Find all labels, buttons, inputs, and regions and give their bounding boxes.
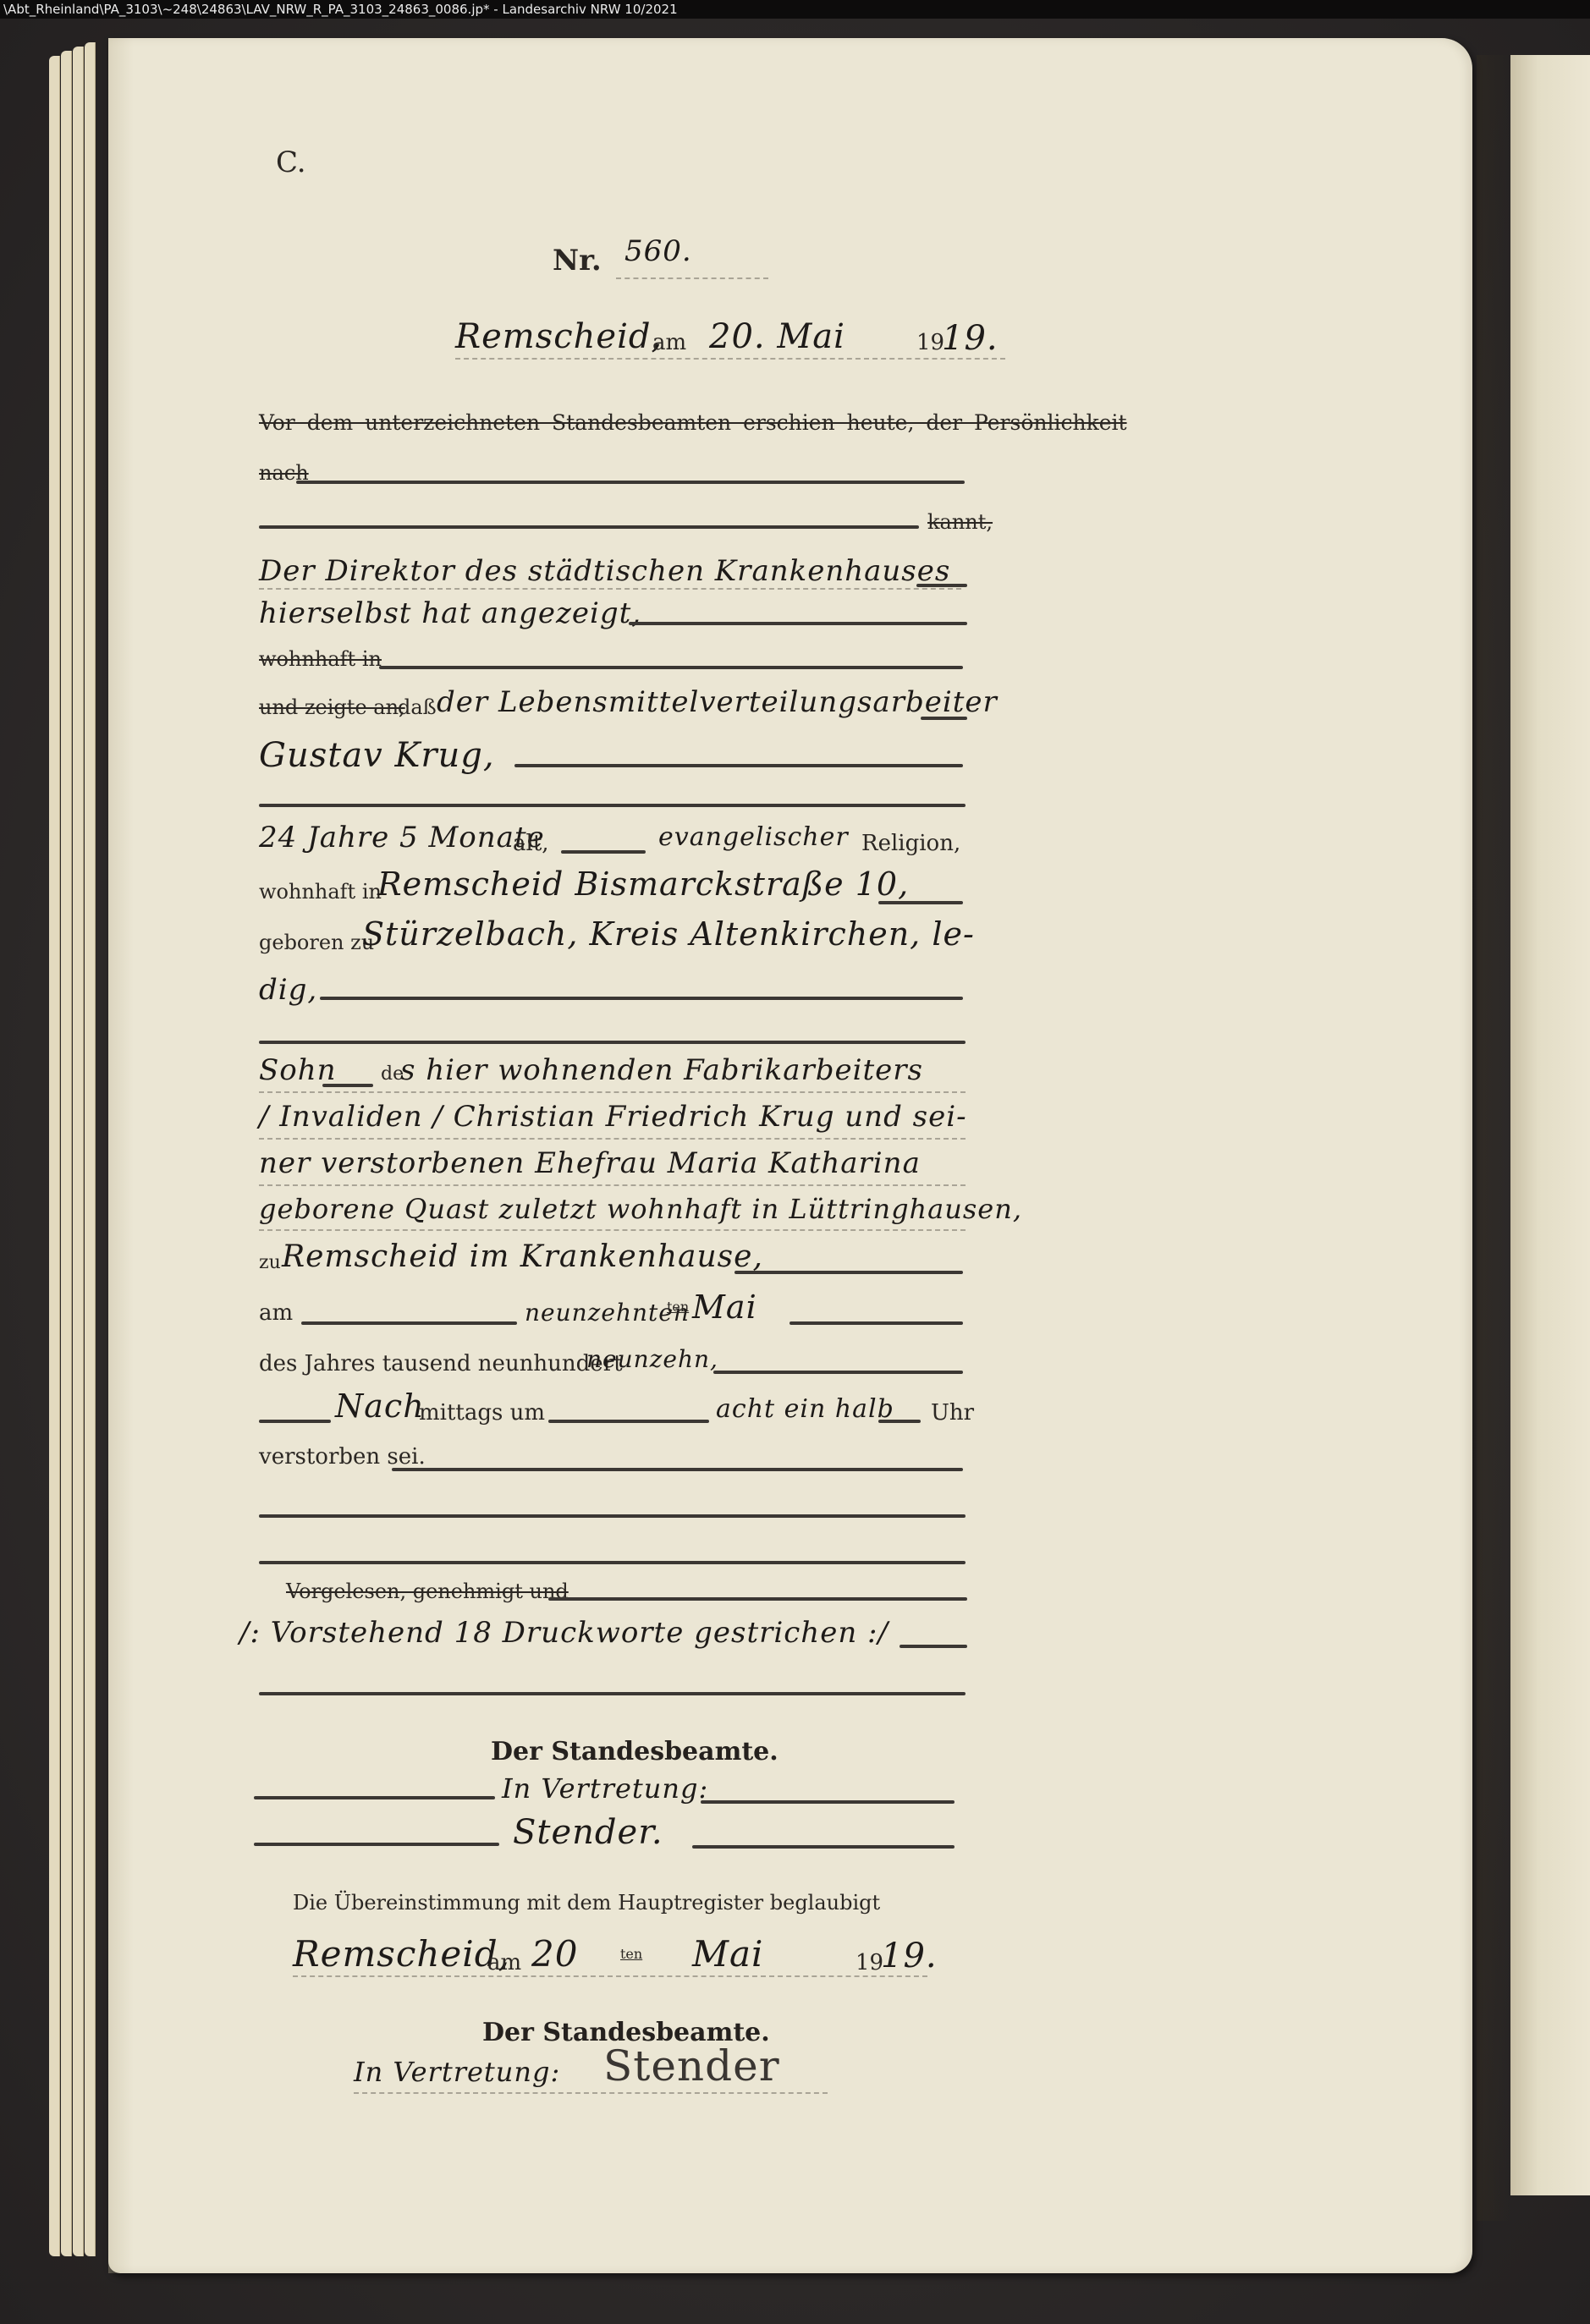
death-month: Mai xyxy=(692,1288,757,1326)
certification-year-hand: 19. xyxy=(881,1937,938,1975)
birthplace-value-1: Stürzelbach, Kreis Altenkirchen, le- xyxy=(362,915,975,953)
page-edge xyxy=(73,47,84,2256)
certification-text: Die Übereinstimmung mit dem Hauptregiste… xyxy=(293,1891,880,1915)
struck-preamble: Vor dem unterzeichneten Standesbeamten e… xyxy=(259,410,1127,435)
death-time-prefix: Nach xyxy=(335,1387,425,1425)
form-letter: C. xyxy=(276,146,306,179)
certification-year-printed: 19 xyxy=(856,1950,883,1975)
signature-2-name: Stender xyxy=(603,2041,780,2091)
mittags-label: mittags um xyxy=(419,1400,545,1426)
residence-label: wohnhaft in xyxy=(259,880,382,904)
deceased-age: 24 Jahre 5 Monate xyxy=(259,821,545,854)
certification-am-label: am xyxy=(487,1950,521,1975)
death-time-value: acht ein halb xyxy=(716,1394,894,1424)
signature-1-name: Stender. xyxy=(513,1813,663,1852)
facing-page xyxy=(1510,55,1590,2195)
struck-kannt-label: kannt, xyxy=(927,510,993,534)
certification-ten-label: ten xyxy=(620,1946,642,1962)
father-name: / Invaliden / Christian Friedrich Krug u… xyxy=(259,1100,967,1134)
number-label: Nr. xyxy=(553,244,602,277)
place-name: Remscheid, xyxy=(455,317,663,356)
correction-note: /: Vorstehend 18 Druckworte gestrichen :… xyxy=(239,1616,889,1650)
certification-month: Mai xyxy=(692,1933,763,1975)
death-day: neunzehnten xyxy=(525,1299,690,1327)
alt-label: alt, xyxy=(513,831,549,856)
relation-value: Sohn xyxy=(259,1053,337,1087)
number-value: 560. xyxy=(624,234,692,268)
mother-name: ner verstorbenen Ehefrau Maria Katharina xyxy=(259,1146,921,1180)
struck-closing-label: Vorgelesen, genehmigt und xyxy=(286,1580,569,1603)
registrar-heading-1: Der Standesbeamte. xyxy=(491,1737,778,1766)
verstorben-label: verstorben sei. xyxy=(259,1444,426,1470)
mother-maiden-name: geborene Quast zuletzt wohnhaft in Lüttr… xyxy=(259,1193,1022,1225)
death-date-am-label: am xyxy=(259,1300,293,1326)
informant-line-2: hierselbst hat angezeigt, xyxy=(259,596,641,630)
year-handwritten: 19. xyxy=(942,319,999,358)
certification-day: 20 xyxy=(531,1933,578,1975)
window-title-bar: \Abt_Rheinland\PA_3103\~248\24863\LAV_NR… xyxy=(0,0,1590,19)
informant-line-1: Der Direktor des städtischen Krankenhaus… xyxy=(259,554,950,588)
struck-residence-label: wohnhaft in xyxy=(259,647,382,671)
religion-value: evangelischer xyxy=(658,822,849,852)
death-year-value: neunzehn, xyxy=(586,1345,718,1373)
registration-date: 20. Mai xyxy=(709,317,845,356)
page-edge xyxy=(85,42,96,2256)
father-occupation: s hier wohnenden Fabrikarbeiters xyxy=(400,1053,923,1087)
residence-value: Remscheid Bismarckstraße 10, xyxy=(377,865,909,903)
birthplace-value-2: dig, xyxy=(259,973,317,1007)
uhr-label: Uhr xyxy=(931,1400,974,1426)
register-page: C. Nr. 560. Remscheid, am 20. Mai 19 19.… xyxy=(108,38,1472,2273)
page-edge xyxy=(61,51,72,2256)
certification-place: Remscheid, xyxy=(293,1933,510,1975)
ten-label: ten xyxy=(667,1299,689,1315)
page-edge xyxy=(49,56,60,2256)
dass-label: daß xyxy=(398,695,437,719)
death-place-value: Remscheid im Krankenhause, xyxy=(282,1239,763,1274)
window-title: \Abt_Rheinland\PA_3103\~248\24863\LAV_NR… xyxy=(3,2,678,17)
signature-1-deputy: In Vertretung: xyxy=(502,1772,708,1805)
struck-announcement-label: und zeigte an, xyxy=(259,695,405,719)
death-place-label: zu xyxy=(259,1252,281,1273)
deceased-name: Gustav Krug, xyxy=(259,736,495,775)
death-year-label: des Jahres tausend neunhundert xyxy=(259,1351,623,1376)
signature-2-deputy: In Vertretung: xyxy=(354,2056,560,2088)
birthplace-label: geboren zu xyxy=(259,931,374,954)
religion-label: Religion, xyxy=(861,831,960,856)
deceased-occupation: der Lebensmittelverteilungsarbeiter xyxy=(437,685,998,719)
am-label: am xyxy=(652,330,686,355)
year-printed: 19 xyxy=(916,330,944,355)
